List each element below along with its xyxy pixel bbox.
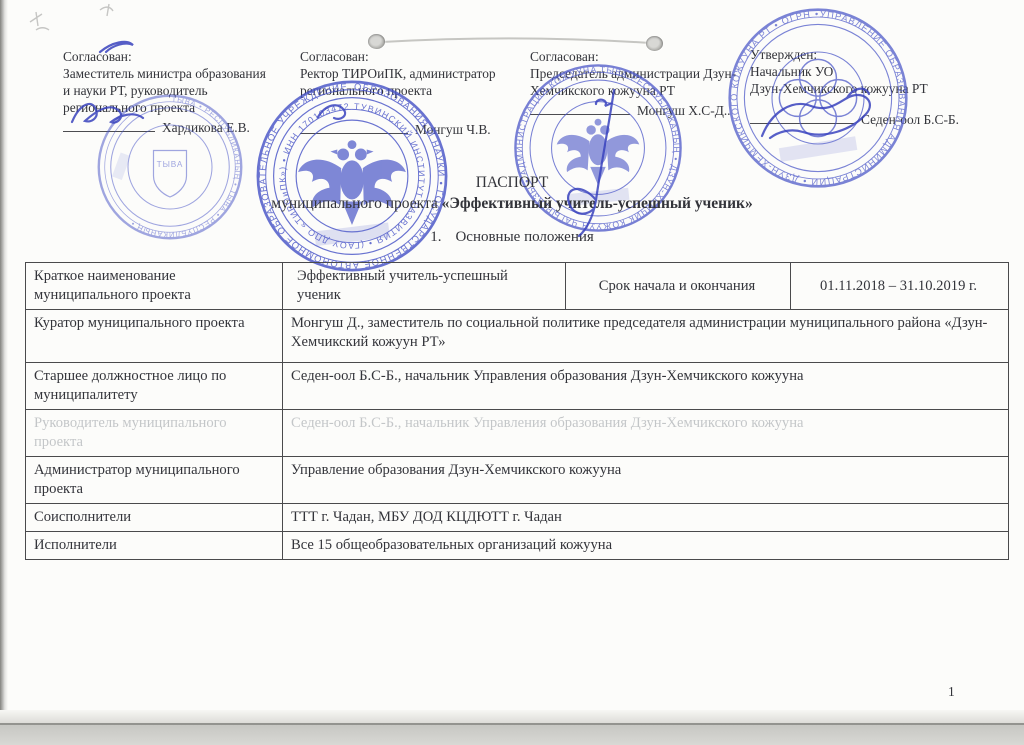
row-value: Все 15 общеобразовательных организаций к… [283, 532, 1009, 560]
table-row: Старшее должностное лицо по муниципалите… [26, 363, 1009, 410]
table-row: Администратор муниципального проекта Упр… [26, 457, 1009, 504]
approval-line: Заместитель министра образования [63, 65, 266, 82]
row-label: Администратор муниципального проекта [26, 457, 283, 504]
stamp-hatch-band [779, 136, 857, 162]
row-value: Седен-оол Б.С-Б., начальник Управления о… [283, 363, 1009, 410]
title-line-2-bold: «Эффективный учитель-успешный ученик» [442, 195, 753, 212]
document-title: ПАСПОРТ муниципального проекта «Эффектив… [0, 172, 1024, 214]
stamp-center-text: ТЫВА [157, 160, 184, 169]
punch-hole-left [368, 34, 385, 49]
section-heading: 1.Основные положения [0, 229, 1024, 246]
table-row-faded: Руководитель муниципального проекта Седе… [26, 410, 1009, 457]
quatrefoil-emblem [779, 59, 856, 136]
table-row: Соисполнители ТТТ г. Чадан, МБУ ДОД КЦДЮ… [26, 504, 1009, 532]
stamp-ring-text: УПРАВЛЕНИЕ ОБРАЗОВАНИЯ АДМИНИСТРАЦИИ • Д… [729, 9, 907, 187]
row-label: Куратор муниципального проекта [26, 310, 283, 363]
faded-value-text: Седен-оол Б.С-Б., начальник Управления о… [291, 415, 804, 431]
paper-bottom-edge [0, 710, 1024, 725]
row-label: Исполнители [26, 532, 283, 560]
section-number: 1. [430, 229, 441, 245]
table-row: Исполнители Все 15 общеобразовательных о… [26, 532, 1009, 560]
row-value: Седен-оол Б.С-Б., начальник Управления о… [283, 410, 1009, 457]
cell-dates-value: 01.11.2018 – 31.10.2019 г. [791, 263, 1009, 310]
cell-short-name-label: Краткое наименование муниципального прое… [26, 263, 283, 310]
cell-short-name-value: Эффективный учитель-успешный ученик [283, 263, 566, 310]
cell-dates-label: Срок начала и окончания [566, 263, 791, 310]
title-line-1: ПАСПОРТ [0, 172, 1024, 193]
table-row: Куратор муниципального проекта Монгуш Д.… [26, 310, 1009, 363]
row-label: Руководитель муниципального проекта [26, 410, 283, 457]
section-title: Основные положения [455, 229, 593, 245]
passport-table: Краткое наименование муниципального прое… [25, 262, 1009, 560]
pencil-marks [30, 4, 113, 30]
row-value: Монгуш Д., заместитель по социальной пол… [283, 310, 1009, 363]
round-stamp-ministry: ТЫВА • РЕСПУБЛИКАНЫҢ • ТЫВА • РЕСПУБЛИКА… [95, 92, 245, 242]
table-row: Краткое наименование муниципального прое… [26, 263, 1009, 310]
title-line-2-normal: муниципального проекта [271, 195, 441, 212]
approval-status: Согласован: [300, 48, 496, 65]
row-label: Соисполнители [26, 504, 283, 532]
approval-status: Согласован: [63, 48, 266, 65]
scanner-background [0, 725, 1024, 745]
title-line-2: муниципального проекта «Эффективный учит… [0, 193, 1024, 214]
row-value: Управление образования Дзун-Хемчикского … [283, 457, 1009, 504]
row-value: ТТТ г. Чадан, МБУ ДОД КЦДЮТТ г. Чадан [283, 504, 1009, 532]
row-label: Старшее должностное лицо по муниципалите… [26, 363, 283, 410]
stamp-ring-text: ТЫВА • РЕСПУБЛИКАНЫҢ • ТЫВА • РЕСПУБЛИКА… [129, 95, 243, 240]
svg-text:УПРАВЛЕНИЕ ОБРАЗОВАНИЯ АДМИНИС: УПРАВЛЕНИЕ ОБРАЗОВАНИЯ АДМИНИСТРАЦИИ • Д… [729, 9, 907, 187]
punch-hole-right [646, 36, 663, 51]
faded-label-text: Руководитель муниципального проекта [34, 415, 227, 450]
scanned-document-page: Согласован: Заместитель министра образов… [0, 0, 1024, 745]
svg-text:ТЫВА • РЕСПУБЛИКАНЫҢ • ТЫВА •: ТЫВА • РЕСПУБЛИКАНЫҢ • ТЫВА • РЕСПУБЛИКА… [129, 95, 243, 240]
page-number: 1 [948, 684, 955, 700]
paper-crease-shadow [382, 38, 650, 43]
scan-edge-left [0, 0, 8, 716]
round-stamp-uo: УПРАВЛЕНИЕ ОБРАЗОВАНИЯ АДМИНИСТРАЦИИ • Д… [726, 6, 910, 190]
